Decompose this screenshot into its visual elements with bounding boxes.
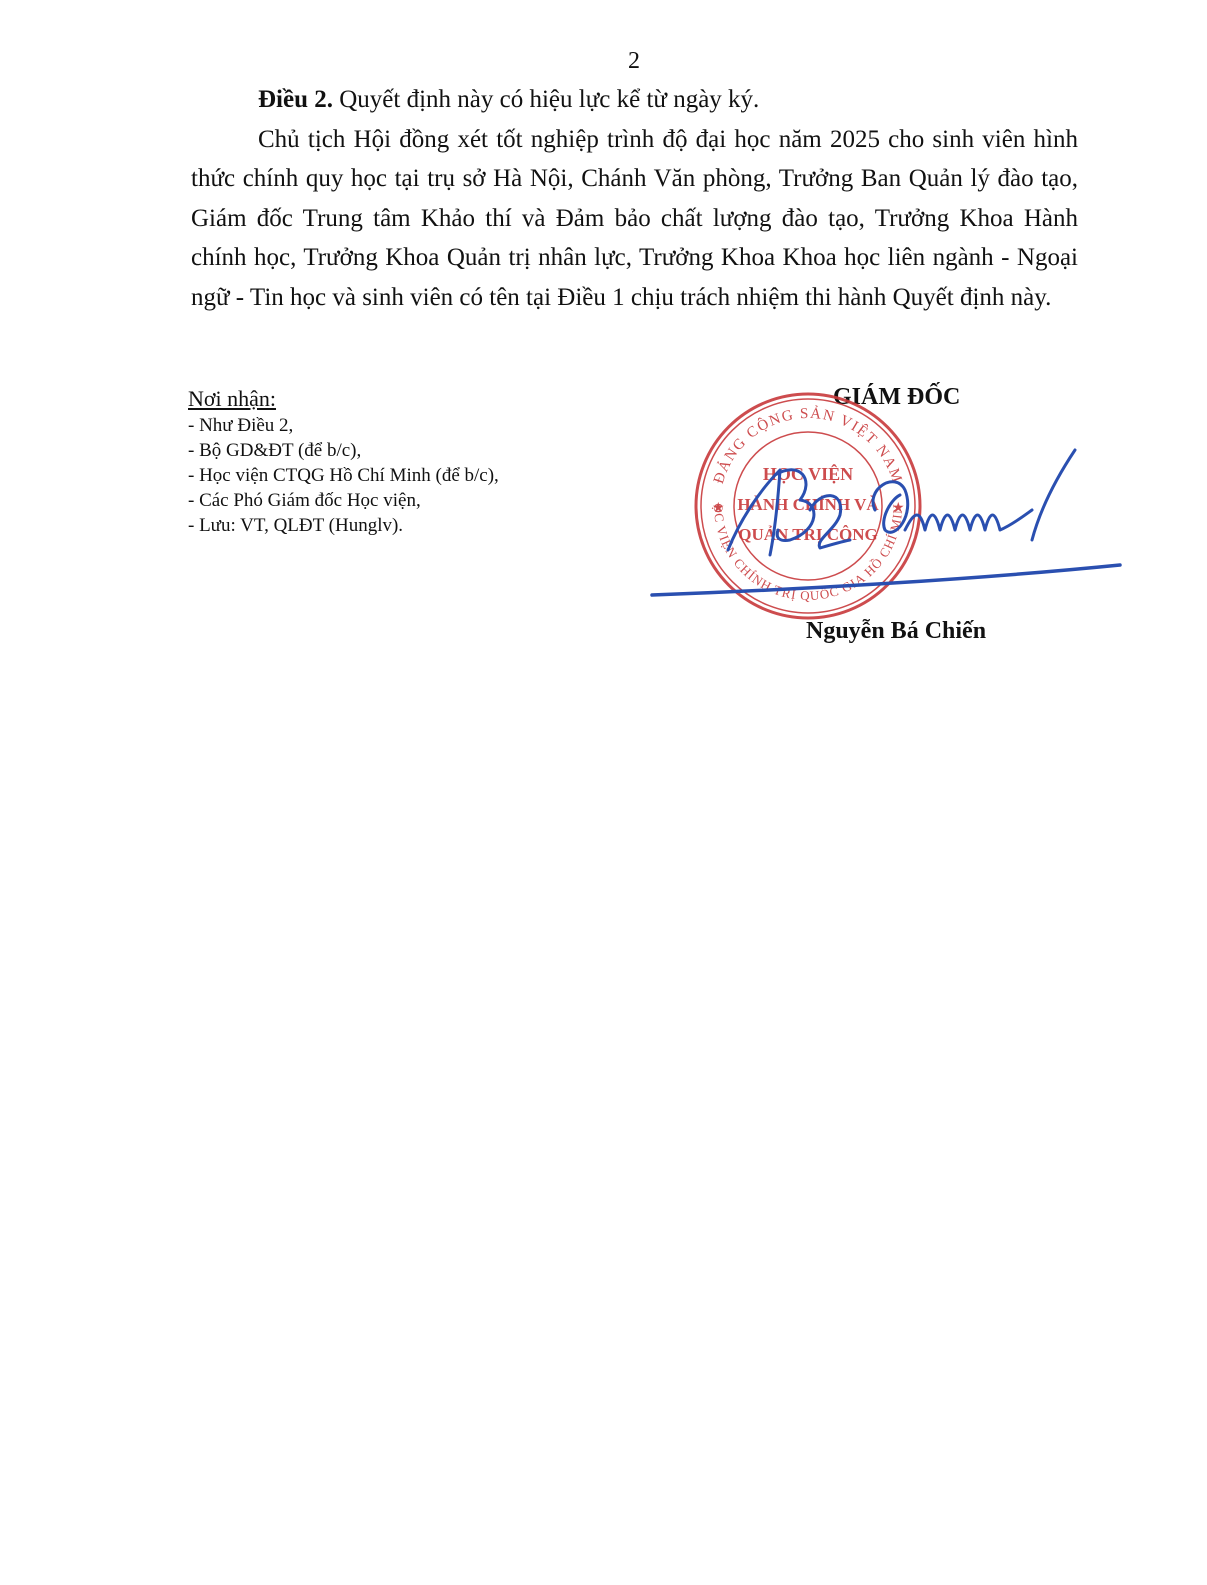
recipient-item: - Học viện CTQG Hồ Chí Minh (để b/c), [188,463,499,488]
recipients-block: Nơi nhận: - Như Điều 2, - Bộ GD&ĐT (để b… [188,386,499,538]
document-body: Điều 2. Quyết định này có hiệu lực kể từ… [191,80,1078,318]
recipient-item: - Bộ GD&ĐT (để b/c), [188,438,499,463]
article-text: Quyết định này có hiệu lực kể từ ngày ký… [333,86,759,113]
signatory-title: GIÁM ĐỐC [833,384,960,411]
recipients-title: Nơi nhận: [188,386,499,411]
signatory-name: Nguyễn Bá Chiến [806,618,986,645]
stamp-top-text: ĐẢNG CỘNG SẢN VIỆT NAM [711,405,905,486]
recipient-item: - Như Điều 2, [188,413,499,438]
svg-text:★: ★ [892,501,905,516]
stamp-bottom-text: HỌC VIỆN CHÍNH TRỊ QUỐC GIA HỒ CHÍ MINH [690,388,905,603]
official-stamp-icon: ĐẢNG CỘNG SẢN VIỆT NAM HỌC VIỆN CHÍNH TR… [690,388,926,624]
stamp-line-1: HỌC VIỆN [763,463,853,484]
responsibility-paragraph: Chủ tịch Hội đồng xét tốt nghiệp trình đ… [191,120,1078,318]
article-label: Điều 2. [258,86,333,113]
svg-text:ĐẢNG CỘNG SẢN VIỆT NAM: ĐẢNG CỘNG SẢN VIỆT NAM [711,405,905,486]
article-2: Điều 2. Quyết định này có hiệu lực kể từ… [191,80,1078,120]
svg-text:★: ★ [712,501,725,516]
page-number: 2 [0,48,1207,75]
stamp-line-3: QUẢN TRỊ CÔNG [738,525,877,544]
stamp-line-2: HÀNH CHÍNH VÀ [737,495,879,514]
handwritten-signature-icon [640,430,1130,610]
svg-text:HỌC VIỆN CHÍNH TRỊ QUỐC GIA HỒ: HỌC VIỆN CHÍNH TRỊ QUỐC GIA HỒ CHÍ MINH [690,388,905,603]
recipient-item: - Lưu: VT, QLĐT (Hunglv). [188,513,499,538]
recipient-item: - Các Phó Giám đốc Học viện, [188,488,499,513]
